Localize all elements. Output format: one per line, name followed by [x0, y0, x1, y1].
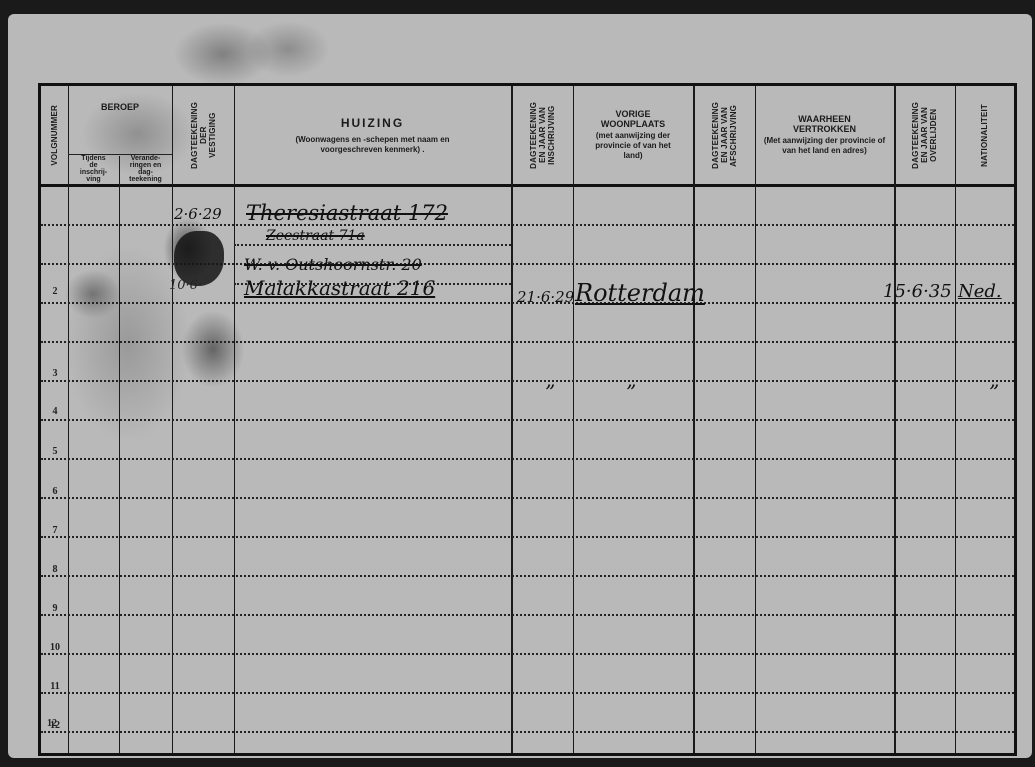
row-number: 3 [44, 368, 66, 379]
row-line [41, 575, 1014, 577]
row-number: 12 [41, 718, 63, 729]
row-subline [234, 244, 511, 246]
row-number: 8 [44, 564, 66, 575]
row-line [41, 380, 1014, 382]
ditto-mark: ” [545, 380, 555, 404]
ditto-mark: ” [989, 380, 999, 404]
row-number: 9 [44, 603, 66, 614]
header-vorige-woonplaats: VORIGE WOONPLAATS (met aanwijzing der pr… [573, 86, 693, 184]
row-number: 5 [44, 446, 66, 457]
row-line [41, 341, 1014, 343]
vestiging-date: 2·6·29 [174, 205, 222, 223]
header-divider [41, 184, 1014, 187]
ditto-mark: ” [626, 380, 636, 404]
vestiging-date: 10·6· [169, 278, 202, 293]
vorige-woonplaats: Rotterdam [575, 279, 705, 307]
header-waarheen-vertrokken: WAARHEEN VERTROKKEN (Met aanwijzing der … [755, 86, 894, 184]
row-line [41, 692, 1014, 694]
header-beroep-tijdens: Tijdens de inschrij- ving [68, 154, 119, 184]
row-line [41, 419, 1014, 421]
header-dagteekening-vestiging: DAGTEEKENING DER VESTIGING [172, 86, 234, 184]
row-line [41, 614, 1014, 616]
header-dagteekening-overlijden: DAGTEEKENING EN JAAR VAN OVERLIJDEN [894, 86, 955, 184]
row-number: 2 [44, 286, 66, 297]
address-entry: Theresiastraat 172 [246, 201, 448, 225]
header-dagteekening-afschrijving: DAGTEEKENING EN JAAR VAN AFSCHRIJVING [693, 86, 755, 184]
row-line [41, 497, 1014, 499]
row-number: 4 [44, 406, 66, 417]
header-beroep: BEROEP [68, 86, 172, 154]
header-volgnummer: VOLGNUMMER [41, 86, 68, 184]
overlijden-date: 15·6·35 [883, 281, 952, 302]
nationaliteit-value: Ned. [958, 281, 1002, 302]
column-divider [119, 156, 120, 753]
row-line [41, 536, 1014, 538]
header-huizing: HUIZING (Woonwagens en -schepen met naam… [234, 86, 511, 184]
register-card: VOLGNUMMER BEROEP Tijdens de inschrij- v… [8, 14, 1032, 758]
row-number: 6 [44, 486, 66, 497]
row-line [41, 731, 1014, 733]
row-line [41, 224, 1014, 226]
header-beroep-veranderingen: Verande- ringen en dag- teekening [119, 154, 172, 184]
register-table: VOLGNUMMER BEROEP Tijdens de inschrij- v… [38, 83, 1017, 756]
row-line [41, 653, 1014, 655]
address-entry: W. v. Outshoornstr. 20 [244, 255, 422, 274]
row-number: 11 [44, 681, 66, 692]
address-entry: Zeestraat 71a [266, 228, 365, 244]
row-number: 10 [44, 642, 66, 653]
row-number: 7 [44, 525, 66, 536]
inschrijving-date: 21·6·29 [517, 288, 574, 306]
address-entry: Malakkastraat 216 [244, 276, 435, 300]
header-nationaliteit: NATIONALITEIT [955, 86, 1014, 184]
header-dagteekening-inschrijving: DAGTEEKENING EN JAAR VAN INSCHRIJVING [511, 86, 573, 184]
row-line [41, 458, 1014, 460]
